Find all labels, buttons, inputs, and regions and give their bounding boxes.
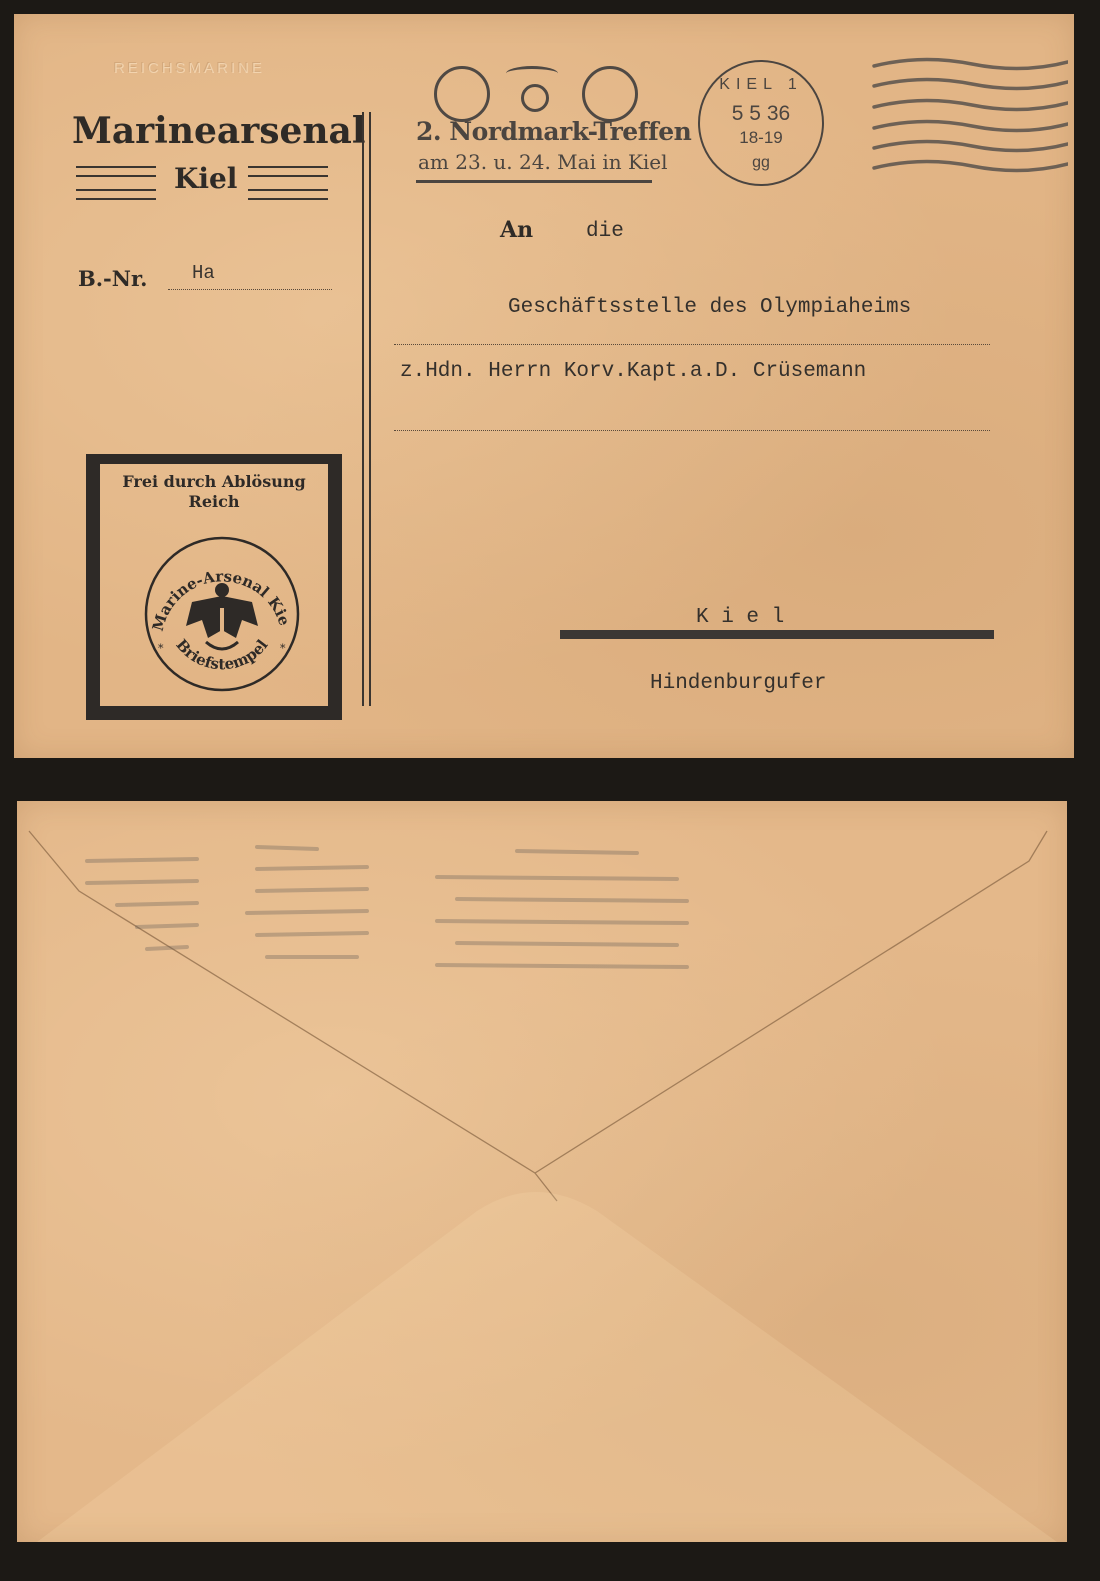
decorative-rule-right-bottom — [248, 189, 328, 200]
address-city: K i e l — [696, 606, 784, 629]
svg-text:*: * — [158, 642, 164, 655]
address-dotted-line-1 — [394, 344, 990, 345]
city-underline-bar — [560, 630, 994, 639]
franking-stamp: Frei durch Ablösung Reich Marine-Arsenal… — [86, 454, 342, 720]
postmark-code: gg — [700, 154, 822, 172]
svg-text:*: * — [280, 642, 286, 655]
salutation: die — [586, 220, 624, 243]
sender-city: Kiel — [174, 162, 237, 195]
emblem-center-icon — [506, 62, 558, 118]
salutation-prefix: An — [500, 217, 533, 243]
divider-line-left — [362, 112, 364, 706]
eagle-anchor-seal-icon: Marine-Arsenal Kiel Briefstempel * * — [142, 534, 302, 694]
decorative-rule-left-bottom — [76, 189, 156, 200]
franking-line-1: Frei durch Ablösung — [100, 472, 328, 491]
address-dotted-line-2 — [394, 430, 990, 431]
reference-label: B.-Nr. — [78, 266, 147, 291]
sender-title: Marinearsenal — [72, 110, 366, 152]
envelope-back — [17, 801, 1067, 1542]
address-street: Hindenburgufer — [650, 672, 826, 695]
postmark-date: 5 5 36 — [700, 102, 822, 126]
reference-dotted-line — [168, 289, 332, 290]
attention-line: z.Hdn. Herrn Korv.Kapt.a.D. Crüsemann — [400, 360, 866, 383]
slogan-line-2: am 23. u. 24. Mai in Kiel — [418, 150, 668, 174]
slogan-underline — [416, 180, 652, 183]
decorative-rule-left-top — [76, 166, 156, 177]
wavy-cancellation-lines — [872, 50, 1068, 180]
envelope-front: REICHSMARINE Marinearsenal Kiel B.-Nr. H… — [14, 14, 1074, 758]
postmark-time: 18-19 — [700, 128, 822, 148]
emblem-right-icon — [582, 66, 638, 122]
offset-cancellation-marks — [77, 837, 697, 977]
date-postmark: KIEL 1 5 5 36 18-19 gg — [698, 60, 824, 186]
slogan-line-1: 2. Nordmark-Treffen — [416, 117, 691, 146]
decorative-rule-right-top — [248, 166, 328, 177]
postmark-city: KIEL 1 — [700, 76, 822, 94]
embossed-text: REICHSMARINE — [114, 60, 265, 77]
emblem-left-icon — [434, 66, 490, 122]
reference-value: Ha — [192, 262, 215, 284]
divider-line-right — [369, 112, 371, 706]
franking-line-2: Reich — [100, 492, 328, 511]
recipient-organization: Geschäftsstelle des Olympiaheims — [508, 296, 911, 319]
